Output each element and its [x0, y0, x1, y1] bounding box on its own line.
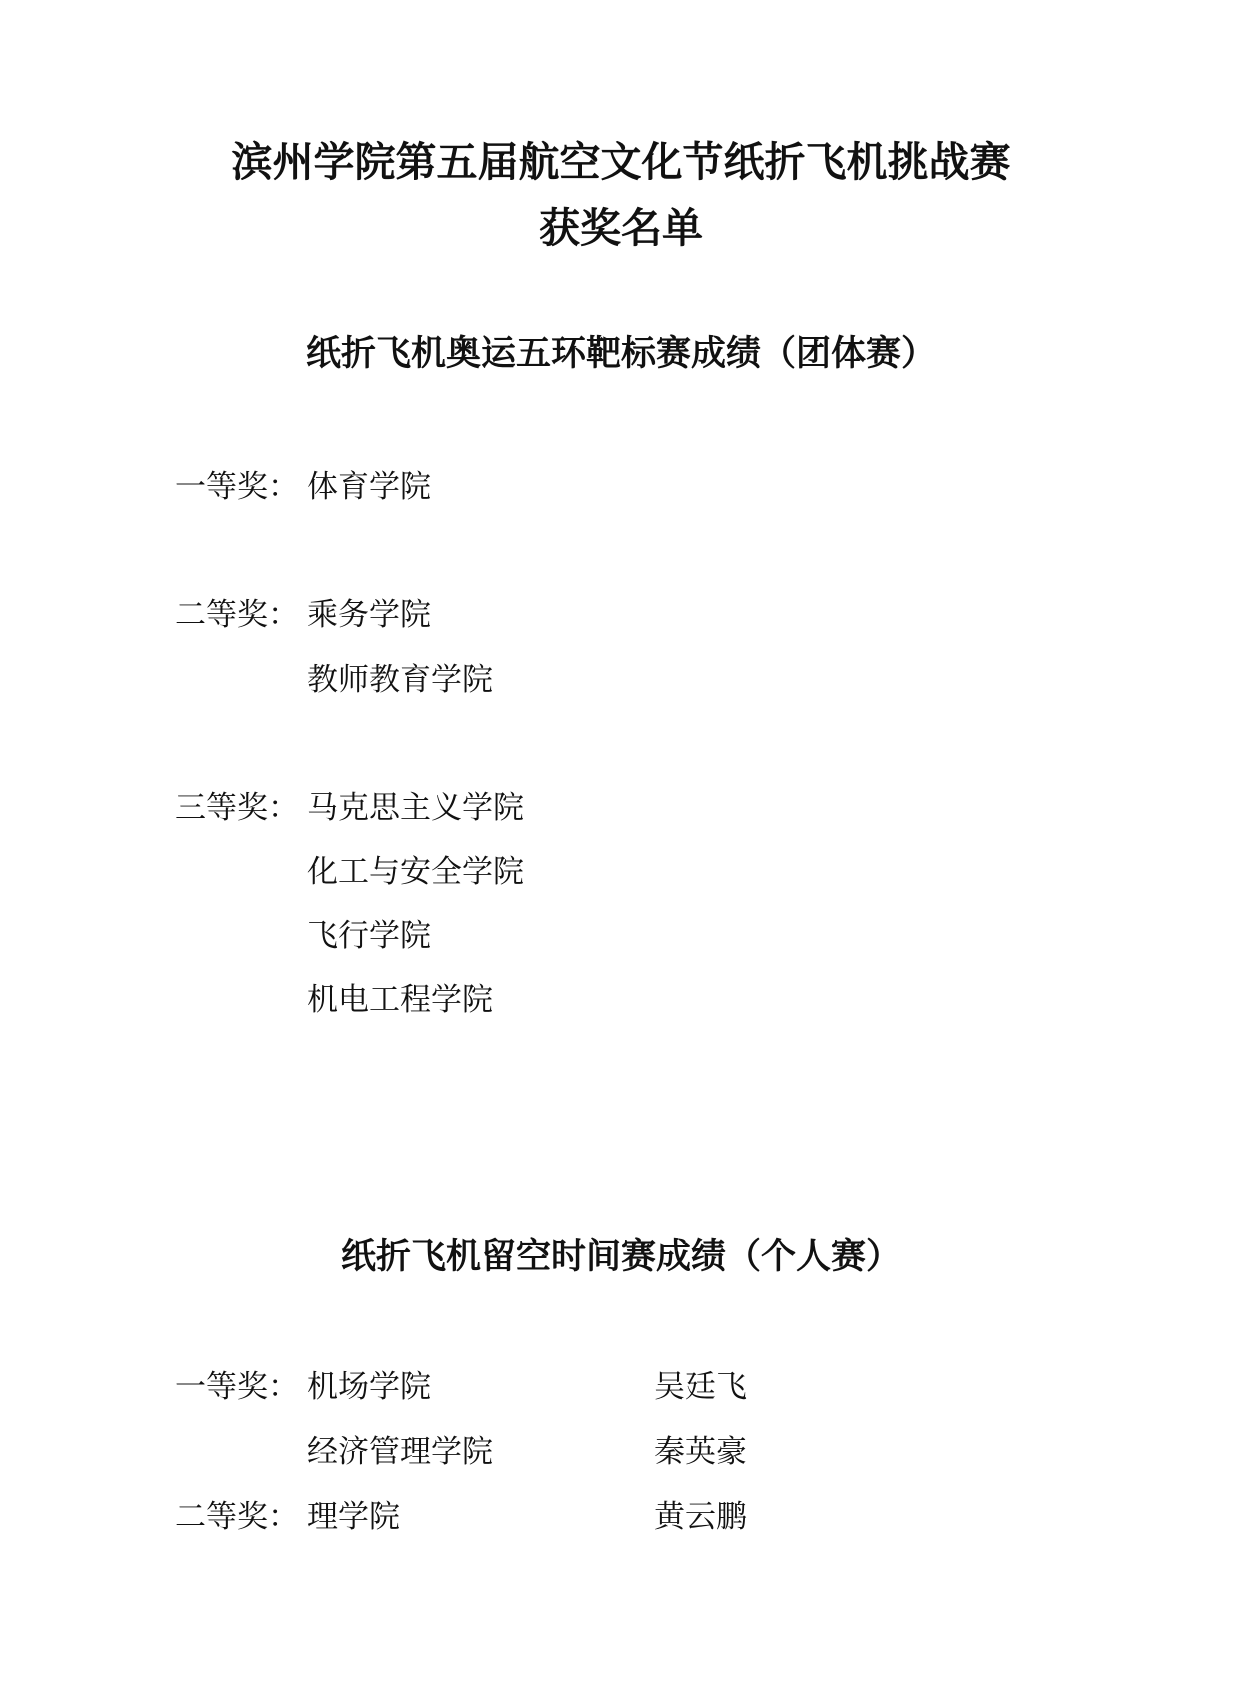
team-award-first-row: 一等奖： 体育学院 — [0, 467, 1242, 507]
team-winner: 教师教育学院 — [307, 660, 493, 700]
award-label-first: 一等奖： — [175, 1367, 299, 1407]
winner-name: 吴廷飞 — [654, 1367, 747, 1407]
winner-name: 黄云鹏 — [654, 1497, 747, 1537]
team-winner: 机电工程学院 — [307, 980, 493, 1020]
team-winner: 飞行学院 — [307, 916, 431, 956]
winner-college: 理学院 — [307, 1497, 400, 1537]
team-award-third-row-3: 飞行学院 — [0, 916, 1242, 956]
team-winner: 化工与安全学院 — [307, 852, 524, 892]
team-winner: 体育学院 — [307, 467, 431, 507]
winner-college: 经济管理学院 — [307, 1432, 493, 1472]
team-award-second-row-2: 教师教育学院 — [0, 660, 1242, 700]
award-label-first: 一等奖： — [175, 467, 299, 507]
document-title: 滨州学院第五届航空文化节纸折飞机挑战赛 — [0, 142, 1242, 183]
winner-college: 机场学院 — [307, 1367, 431, 1407]
award-label-third: 三等奖： — [175, 788, 299, 828]
document-subtitle: 获奖名单 — [0, 208, 1242, 249]
team-award-third-row-4: 机电工程学院 — [0, 980, 1242, 1020]
individual-section-heading: 纸折飞机留空时间赛成绩（个人赛） — [0, 1240, 1242, 1275]
team-award-third-row-2: 化工与安全学院 — [0, 852, 1242, 892]
winner-name: 秦英豪 — [654, 1432, 747, 1472]
award-label-second: 二等奖： — [175, 1497, 299, 1537]
team-award-second-row: 二等奖： 乘务学院 — [0, 595, 1242, 635]
individual-award-first-row-2: 经济管理学院 秦英豪 — [0, 1432, 1242, 1472]
individual-award-second-row: 二等奖： 理学院 黄云鹏 — [0, 1497, 1242, 1537]
award-label-second: 二等奖： — [175, 595, 299, 635]
team-winner: 马克思主义学院 — [307, 788, 524, 828]
team-section-heading: 纸折飞机奥运五环靶标赛成绩（团体赛） — [0, 337, 1242, 372]
team-winner: 乘务学院 — [307, 595, 431, 635]
team-award-third-row: 三等奖： 马克思主义学院 — [0, 788, 1242, 828]
individual-award-first-row: 一等奖： 机场学院 吴廷飞 — [0, 1367, 1242, 1407]
